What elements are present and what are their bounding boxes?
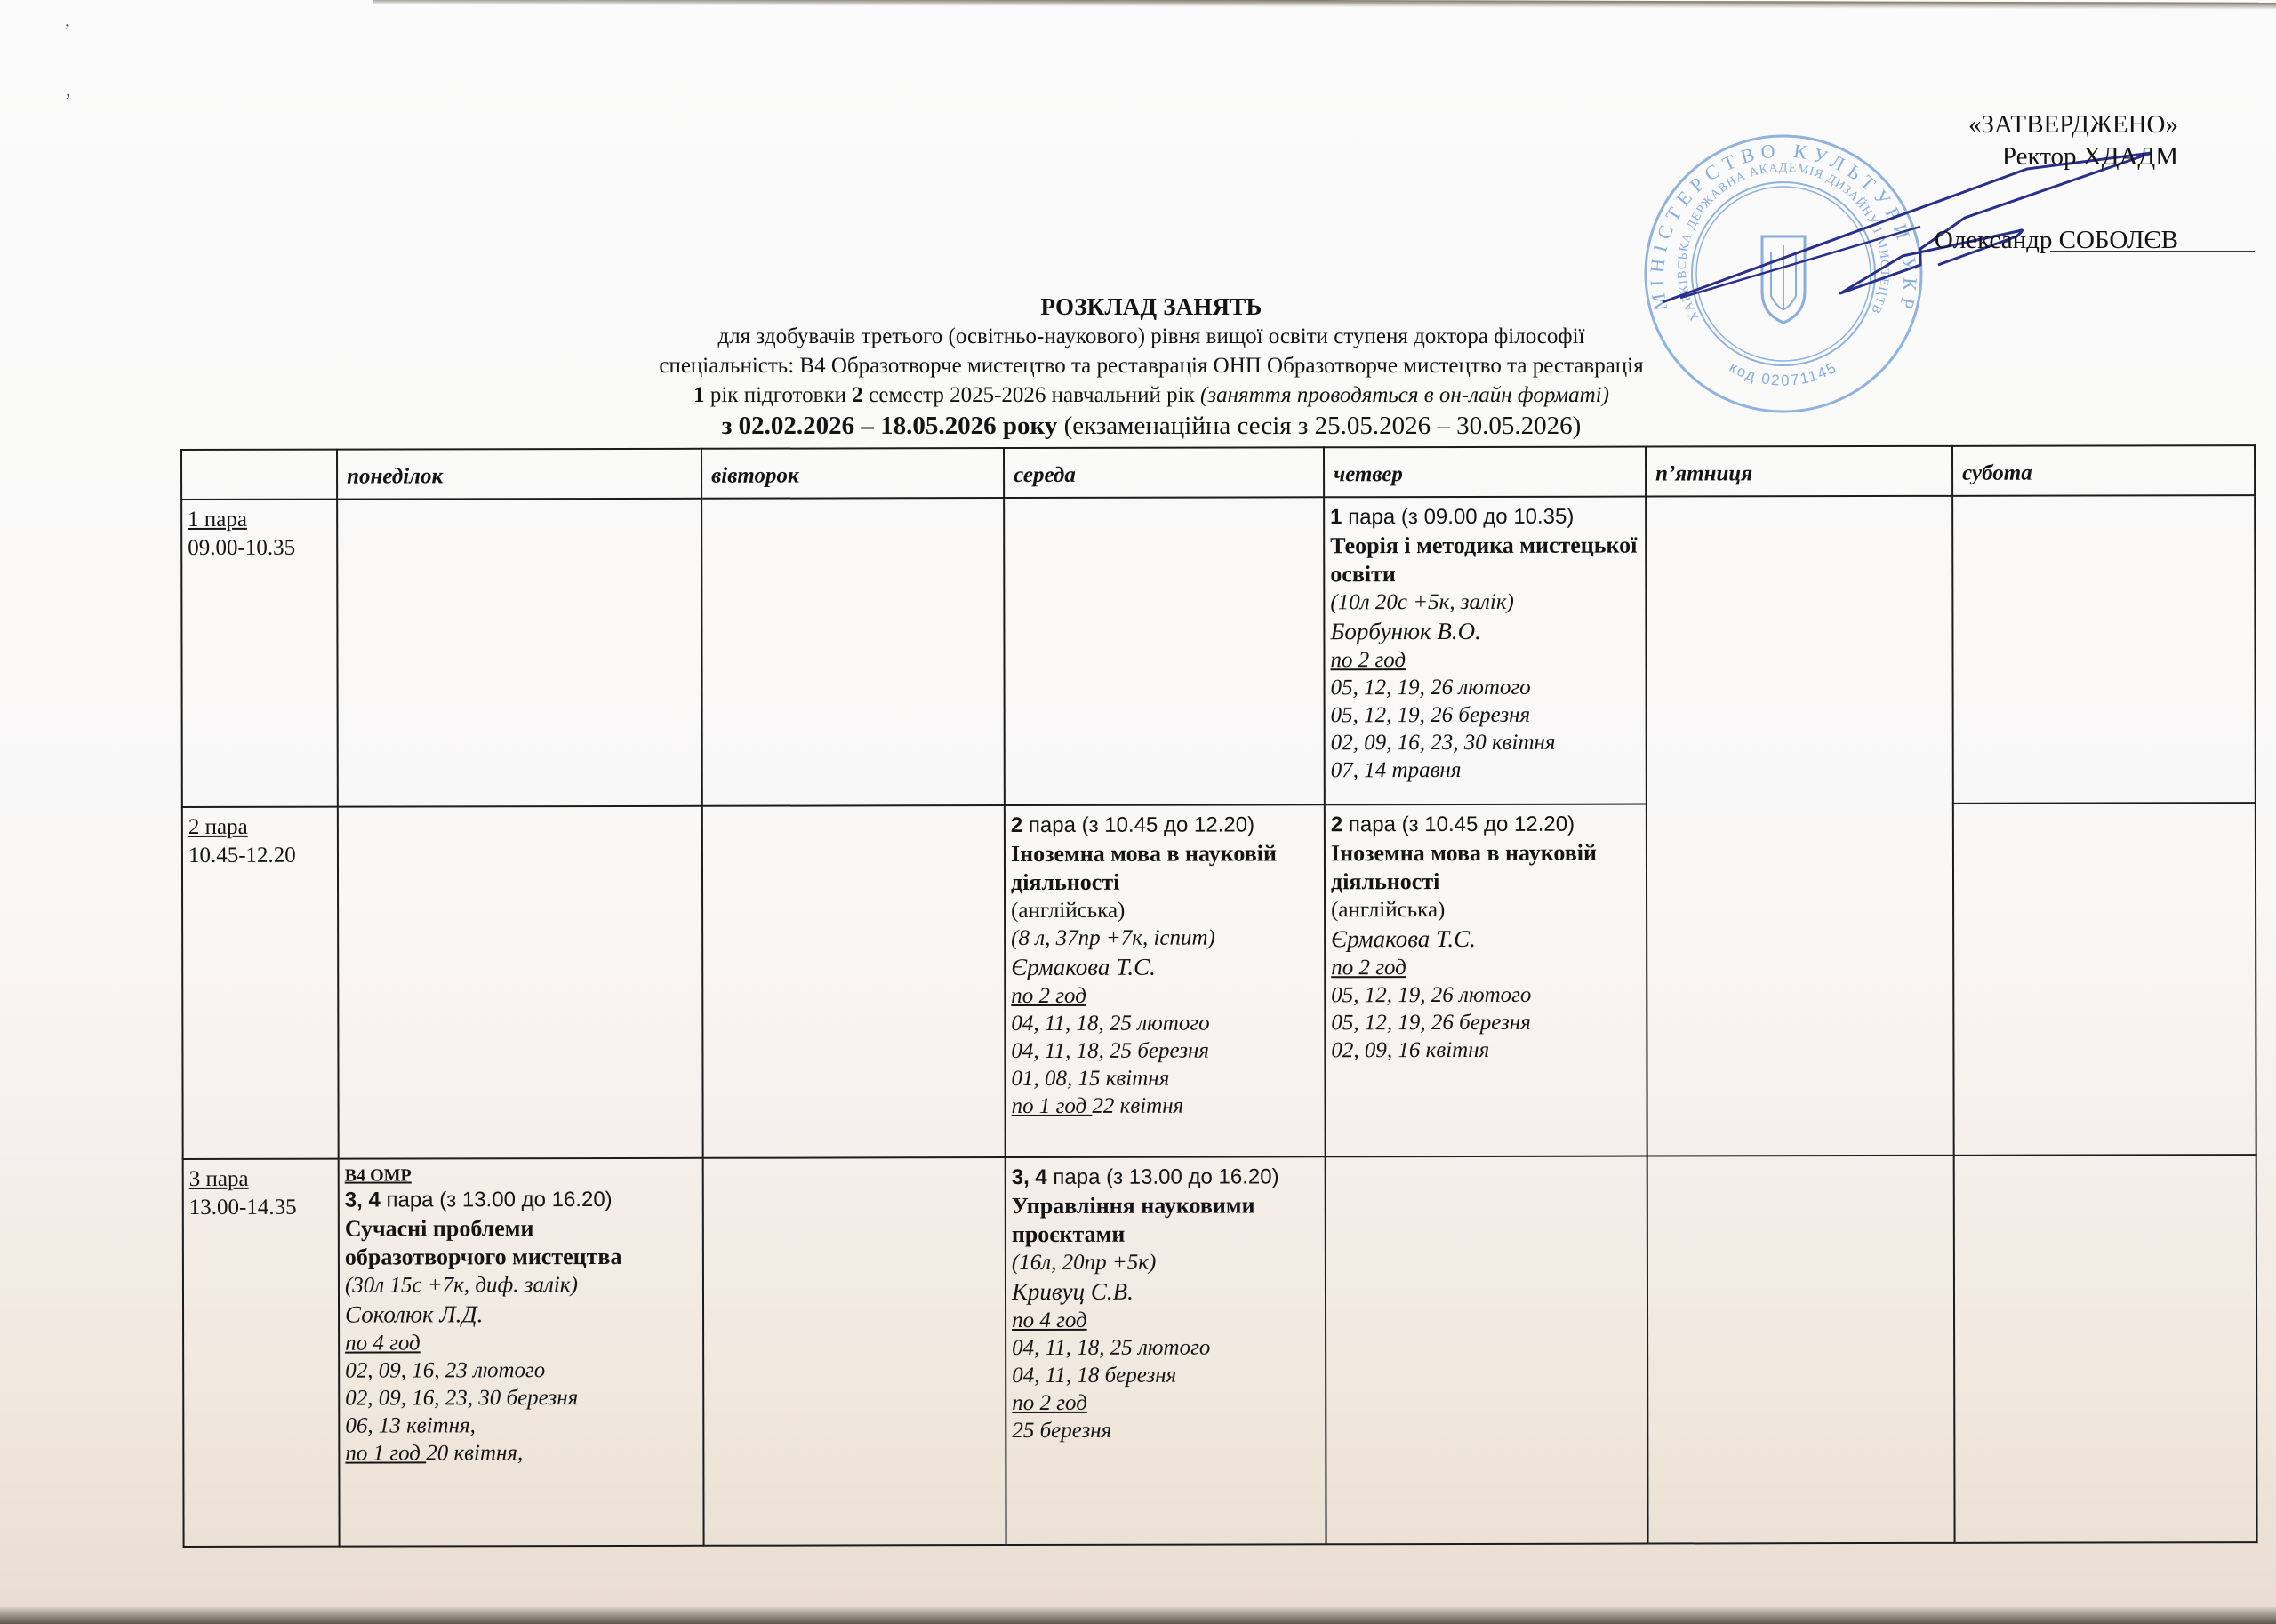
teacher-name: Борбунюк В.О. [1330, 616, 1639, 647]
subject-name: Іноземна мова в науковій діяльності [1011, 839, 1318, 897]
schedule-table: понеділок вівторок середа четвер п’ятниц… [180, 444, 2258, 1548]
heading-specialty-line: спеціальність: В4 Образотворче мистецтво… [445, 351, 1858, 380]
slot-2-label: 2 пара 10.45-12.20 [182, 807, 339, 1159]
session-dates: 04, 11, 18, 25 лютого [1011, 1009, 1318, 1037]
approved-label: «ЗАТВЕРДЖЕНО» [1935, 108, 2178, 140]
session-dates: 05, 12, 19, 26 лютого [1331, 674, 1640, 702]
header-corner [181, 450, 337, 500]
teacher-name: Єрмакова Т.С. [1011, 951, 1318, 982]
header-saturday: субота [1952, 445, 2255, 496]
language-note: (англійська) [1331, 896, 1640, 924]
hours-per-session: по 4 год [1012, 1306, 1319, 1334]
session-dates: 06, 13 квітня, [345, 1412, 697, 1440]
pair-number: 3, 4 [345, 1188, 381, 1212]
rector-position: Ректор ХДАДМ [1935, 140, 2178, 172]
slot-time: 13.00-14.35 [189, 1196, 297, 1220]
hours-per-session: по 2 год [1330, 646, 1639, 675]
pair-number: 3, 4 [1012, 1165, 1047, 1189]
pair-number: 1 [1330, 505, 1342, 529]
cell-fri-3 [1647, 1156, 1955, 1544]
pair-time-range: пара (з 10.45 до 12.20) [1022, 812, 1254, 837]
language-note: (англійська) [1011, 896, 1318, 924]
session-dates: 05, 12, 19, 26 березня [1331, 701, 1640, 730]
cell-sat-3 [1954, 1155, 2257, 1543]
pair-time: 1 пара (з 09.00 до 10.35) [1330, 503, 1639, 532]
subject-name: Управління науковими проєктами [1012, 1191, 1319, 1249]
heading-dates-line: з 02.02.2026 – 18.05.2026 року (екзамена… [445, 410, 1858, 442]
semester-text: семестр 2025-2026 навчальний рік [863, 383, 1200, 407]
hours-per-session: по 2 год [1331, 954, 1640, 982]
approval-block: «ЗАТВЕРДЖЕНО» Ректор ХДАДМ Олександр СОБ… [1935, 108, 2178, 256]
cell-fri-1-2 [1646, 496, 1954, 1156]
table-row: 3 пара 13.00-14.35 В4 ОМР 3, 4 пара (з 1… [183, 1155, 2257, 1547]
hours-breakdown: (10л 20с +5к, залік) [1330, 588, 1639, 617]
extra-session: по 1 год 22 квітня [1012, 1092, 1319, 1120]
slot-number: 3 пара [189, 1165, 333, 1194]
pair-time-range: пара (з 13.00 до 16.20) [381, 1188, 613, 1212]
session-dates: 05, 12, 19, 26 березня [1331, 1009, 1640, 1037]
table-row: 1 пара 09.00-10.35 1 пара (з 09.00 до 10… [181, 495, 2256, 807]
cell-mon-2 [338, 806, 703, 1159]
cell-tue-2 [702, 805, 1006, 1158]
heading-year-line: 1 рік підготовки 2 семестр 2025-2026 нав… [445, 380, 1858, 410]
pair-time: 3, 4 пара (з 13.00 до 16.20) [1012, 1163, 1319, 1192]
exam-session-dates: (екзаменаційна сесія з 25.05.2026 – 30.0… [1057, 412, 1581, 440]
session-dates: 02, 09, 16 квітня [1331, 1036, 1640, 1065]
cell-mon-3: В4 ОМР 3, 4 пара (з 13.00 до 16.20) Суча… [339, 1158, 704, 1547]
hours-per-session: по 4 год [345, 1329, 697, 1357]
slot-number: 1 пара [188, 506, 331, 534]
teacher-name: Єрмакова Т.С. [1331, 924, 1640, 955]
year-number: 1 [693, 383, 705, 407]
slot-1-label: 1 пара 09.00-10.35 [181, 500, 338, 807]
semester-number: 2 [852, 383, 863, 407]
pair-number: 2 [1011, 813, 1022, 837]
header-wednesday: середа [1004, 447, 1324, 498]
subject-name: Іноземна мова в науковій діяльності [1331, 839, 1640, 897]
session-dates: 04, 11, 18, 25 лютого [1012, 1333, 1319, 1362]
hours-per-session: по 2 год [1012, 1388, 1319, 1417]
hours-breakdown: (8 л, 37пр +7к, іспит) [1011, 924, 1318, 952]
cell-sat-1 [1952, 495, 2256, 804]
hours-breakdown: (16л, 20пр +5к) [1012, 1248, 1319, 1276]
paper-speck: ʼ [64, 20, 70, 43]
cell-tue-1 [701, 498, 1005, 806]
document-title: РОЗКЛАД ЗАНЯТЬ [445, 292, 1858, 322]
slot-number: 2 пара [188, 813, 332, 842]
table-header-row: понеділок вівторок середа четвер п’ятниц… [181, 445, 2255, 500]
pair-time: 2 пара (з 10.45 до 12.20) [1011, 811, 1318, 840]
slot-3-label: 3 пара 13.00-14.35 [183, 1159, 340, 1547]
slot-time: 09.00-10.35 [188, 536, 295, 560]
extra-hours: по 1 год [345, 1441, 426, 1465]
session-dates: 07, 14 травня [1331, 756, 1640, 785]
table-surface-edge [0, 1607, 2276, 1624]
paper-edge-shadow [373, 0, 2276, 10]
teacher-name: Кривуц С.В. [1012, 1276, 1319, 1307]
session-dates: 25 березня [1012, 1416, 1319, 1444]
hours-breakdown: (30л 15с +7к, диф. залік) [345, 1271, 697, 1300]
cell-tue-3 [703, 1157, 1006, 1546]
pair-time-range: пара (з 10.45 до 12.20) [1342, 812, 1575, 837]
session-dates: 01, 08, 15 квітня [1011, 1064, 1318, 1092]
subject-name: Теорія і методика мистецької освіти [1330, 532, 1639, 589]
header-thursday: четвер [1324, 447, 1646, 498]
pair-time: 3, 4 пара (з 13.00 до 16.20) [345, 1186, 697, 1215]
cell-mon-1 [337, 499, 702, 807]
paper-speck: , [66, 78, 71, 101]
session-dates: 02, 09, 16, 23, 30 квітня [1331, 729, 1640, 757]
teacher-name: Соколюк Л.Д. [345, 1299, 697, 1330]
pair-time: 2 пара (з 10.45 до 12.20) [1331, 811, 1640, 840]
cell-wed-2: 2 пара (з 10.45 до 12.20) Іноземна мова … [1005, 804, 1326, 1157]
semester-dates: з 02.02.2026 – 18.05.2026 року [722, 412, 1058, 440]
header-monday: понеділок [337, 449, 701, 500]
signature-line [2050, 251, 2255, 252]
session-dates: 05, 12, 19, 26 лютого [1331, 981, 1640, 1010]
session-dates: 02, 09, 16, 23, 30 березня [345, 1384, 697, 1412]
extra-session: по 1 год 20 квітня, [345, 1439, 697, 1468]
header-friday: п’ятниця [1646, 446, 1952, 497]
header-tuesday: вівторок [701, 448, 1004, 499]
document-heading: РОЗКЛАД ЗАНЯТЬ для здобувачів третього (… [445, 292, 1858, 442]
cell-wed-3: 3, 4 пара (з 13.00 до 16.20) Управління … [1006, 1156, 1326, 1545]
program-code: В4 ОМР [345, 1164, 697, 1187]
hours-per-session: по 2 год [1011, 981, 1318, 1010]
pair-number: 2 [1331, 812, 1342, 836]
session-dates: 02, 09, 16, 23 лютого [345, 1356, 697, 1385]
cell-sat-2 [1953, 803, 2256, 1156]
session-dates: 04, 11, 18 березня [1012, 1361, 1319, 1389]
online-note: (заняття проводяться в он-лайн форматі) [1200, 383, 1609, 407]
year-text: рік підготовки [705, 383, 853, 407]
extra-hours: по 1 год [1012, 1094, 1093, 1118]
slot-time: 10.45-12.20 [188, 844, 296, 868]
cell-thu-1: 1 пара (з 09.00 до 10.35) Теорія і метод… [1324, 497, 1647, 805]
session-dates: 04, 11, 18, 25 березня [1011, 1036, 1318, 1065]
cell-thu-3 [1326, 1156, 1648, 1545]
heading-level-line: для здобувачів третього (освітньо-науков… [445, 322, 1858, 351]
extra-date: 20 квітня, [426, 1441, 523, 1465]
pair-time-range: пара (з 13.00 до 16.20) [1047, 1164, 1279, 1189]
cell-wed-1 [1004, 497, 1325, 805]
extra-date: 22 квітня [1092, 1094, 1183, 1118]
subject-name: Сучасні проблеми образотворчого мистецтв… [345, 1214, 697, 1272]
pair-time-range: пара (з 09.00 до 10.35) [1342, 505, 1574, 530]
cell-thu-2: 2 пара (з 10.45 до 12.20) Іноземна мова … [1325, 804, 1647, 1157]
